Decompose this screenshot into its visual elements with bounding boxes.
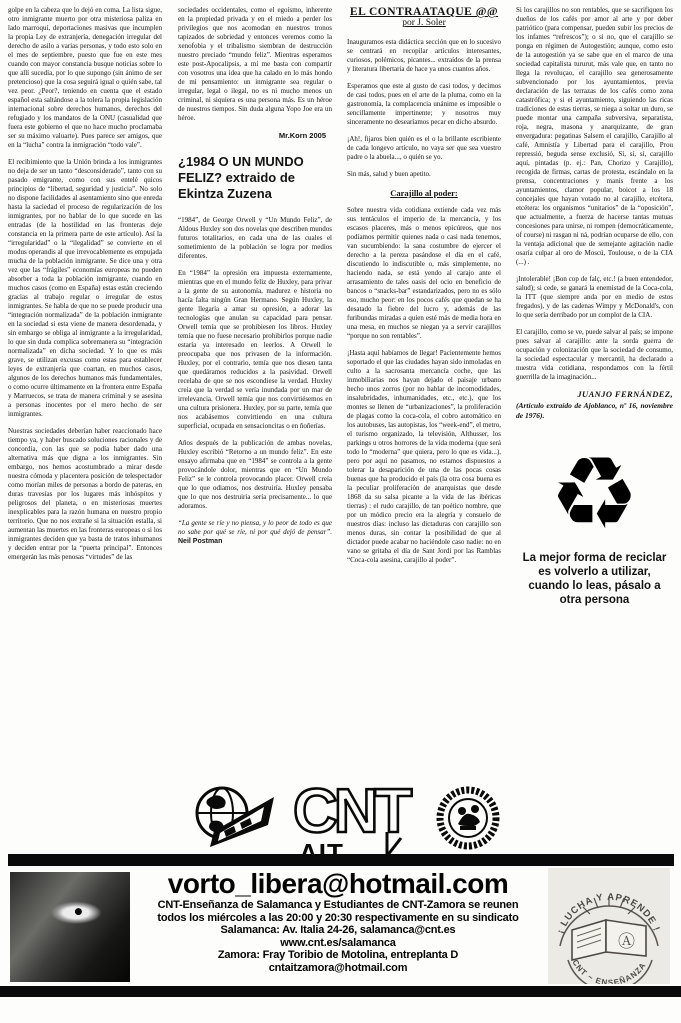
- ait-globe-icon: [190, 779, 278, 857]
- article-paragraph: golpe en la cabeza que lo dejó en coma. …: [8, 6, 162, 150]
- article-paragraph: Esperamos que este al gusto de casi todo…: [347, 82, 501, 127]
- banner-line: www.cnt.es/salamanca: [132, 937, 544, 950]
- email-address: vorto_libera@hotmail.com: [132, 869, 544, 899]
- article-paragraph: ¡Intolerable! ¡Bon cop de falç, etc.! (a…: [516, 275, 673, 320]
- quote-text: “La gente se ríe y no piensa, y lo peor …: [178, 519, 332, 536]
- article-paragraph: Inauguramos esta didáctica sección que e…: [347, 38, 501, 74]
- section-title-contraataque: EL CONTRAATAQUE @@: [347, 8, 501, 17]
- column-4: Si los carajillos no son rentables, que …: [516, 6, 673, 852]
- subheading-carajillo: Carajillo al poder:: [347, 189, 501, 198]
- zine-page: golpe en la cabeza que lo dejó en coma. …: [0, 0, 681, 1023]
- cnt-ensenanza-stamp: Ⓐ ¡ LUCHA Y APRENDE ! CNT ~ ENSEÑANZA: [548, 868, 670, 984]
- section-byline: por J. Soler: [347, 19, 501, 28]
- article-paragraph: Nuestras sociedades deberían haber reacc…: [8, 427, 162, 562]
- author-signature: JUANJO FERNÁNDEZ,: [516, 390, 673, 399]
- anarchy-symbol: Ⓐ: [618, 932, 635, 952]
- quote-author: Neil Postman: [178, 538, 222, 545]
- contact-banner: vorto_libera@hotmail.com CNT-Enseñanza d…: [132, 869, 544, 974]
- article-paragraph: ¡Ah!, fijaros bien quién es el o la bril…: [347, 135, 501, 162]
- article-heading-1984: ¿1984 O UN MUNDO FELIZ? extraido de Ekin…: [178, 154, 332, 202]
- article-paragraph: sociedades occidentales, como el egoísmo…: [178, 6, 332, 123]
- author-signature: Mr.Korn 2005: [178, 131, 326, 140]
- divider-bar-bottom: [0, 986, 681, 997]
- recycle-icon: ♻: [516, 446, 673, 541]
- source-attribution: (Artículo extraído de Ajoblanco, nº 16, …: [516, 401, 673, 420]
- article-paragraph: ¡Hasta aquí habíamos de llegar! Paciente…: [347, 349, 501, 565]
- article-paragraph: El carajillo, como se ve, puede salvar a…: [516, 328, 673, 382]
- cnt-seal-icon: [436, 786, 500, 850]
- article-paragraph: Sobre nuestra vida cotidiana extiende ca…: [347, 206, 501, 341]
- article-paragraph: El recibimiento que la Unión brinda a lo…: [8, 158, 162, 419]
- column-1: golpe en la cabeza que lo dejó en coma. …: [8, 6, 162, 852]
- article-paragraph: Si los carajillos no son rentables, que …: [516, 6, 673, 267]
- logos-row: CNT AIT: [190, 770, 500, 866]
- column-2: sociedades occidentales, como el egoísmo…: [178, 6, 332, 770]
- banner-line: cntaitzamora@hotmail.com: [132, 962, 544, 975]
- banner-line: CNT-Enseñanza de Salamanca y Estudiantes…: [132, 899, 544, 912]
- banner-line: Zamora: Fray Toribio de Motolina, entrep…: [132, 949, 544, 962]
- column-3: EL CONTRAATAQUE @@ por J. Soler Inaugura…: [347, 6, 501, 770]
- divider-bar-top: [8, 854, 674, 866]
- cnt-ait-logo: CNT AIT: [291, 770, 423, 866]
- recycle-note: La mejor forma de reciclar es volverlo a…: [520, 551, 670, 607]
- banner-line: todos los miércoles a las 20:00 y 20:30 …: [132, 912, 544, 925]
- article-paragraph: “1984”, de George Orwell y “Un Mundo Fel…: [178, 216, 332, 261]
- closing-quote: “La gente se ríe y no piensa, y lo peor …: [178, 519, 332, 546]
- article-paragraph: Sin más, salud y buen apetito.: [347, 170, 501, 179]
- article-paragraph: Años después de la publicación de ambas …: [178, 439, 332, 511]
- svg-text:CNT: CNT: [293, 777, 413, 846]
- recycle-block: ♻ La mejor forma de reciclar es volverlo…: [516, 446, 673, 607]
- article-paragraph: En “1984” la opresión era impuesta exter…: [178, 269, 332, 431]
- eye-photo: [10, 872, 130, 982]
- banner-line: Salamanca: Av. Italia 24-26, salamanca@c…: [132, 924, 544, 937]
